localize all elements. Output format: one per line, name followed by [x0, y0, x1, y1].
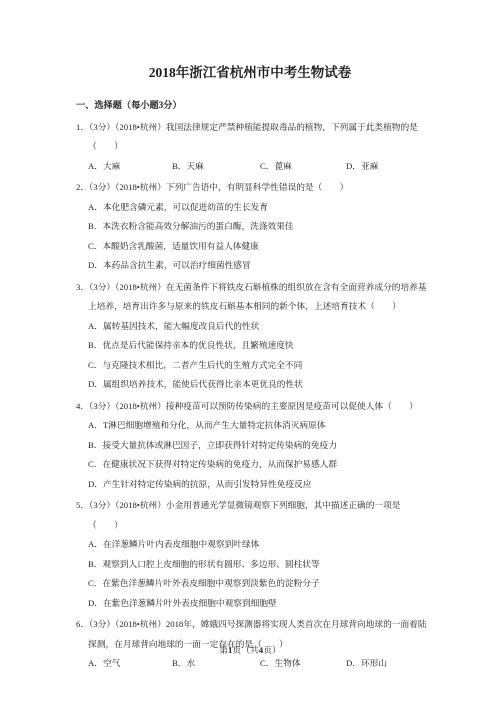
option-label: A． — [88, 321, 103, 331]
option-label: A． — [88, 161, 103, 171]
option-label: C． — [260, 658, 274, 668]
question-1: 1．（3分）（2018•杭州）我国法律规定严禁种植能提取毒品的植物，下列属于此类… — [76, 118, 428, 177]
option-label: D． — [88, 479, 103, 489]
option-text: 属组织培养技术，能使后代获得比亲本更优良的性状 — [103, 379, 303, 389]
question-3: 3．（3分）（2018•杭州）在无菌条件下将铁皮石斛植株的组织放在含有全面营养成… — [76, 278, 428, 395]
page-footer: 第1页（共4页） — [0, 643, 500, 656]
option-label: D． — [346, 161, 361, 171]
option-C: C．本酸奶含乳酸菌，适量饮用有益人体健康 — [76, 237, 428, 257]
option-label: B． — [88, 340, 102, 350]
option-A: A．大麻 — [88, 157, 172, 177]
footer-prefix: 第 — [219, 645, 228, 655]
option-label: A． — [88, 539, 103, 549]
question-options: A．空气B．水C．生物体D．环形山 — [76, 654, 428, 674]
option-C: C．与克隆技术相比，二者产生后代的生殖方式完全不同 — [76, 356, 428, 376]
option-C: C．在紫色洋葱鳞片叶外表皮细胞中观察到淡紫色的淀粉分子 — [76, 574, 428, 594]
question-stem: 3．（3分）（2018•杭州）在无菌条件下将铁皮石斛植株的组织放在含有全面营养成… — [76, 278, 428, 317]
option-D: D．亚麻 — [346, 157, 428, 177]
section-heading: 一、选择题（每小题3分） — [76, 96, 428, 116]
option-text: 水 — [186, 658, 195, 668]
option-text: 在洋葱鳞片叶内表皮细胞中观察到叶绿体 — [103, 539, 259, 549]
option-text: 本化肥含磷元素，可以促进幼苗的生长发育 — [103, 202, 268, 212]
option-text: 蓖麻 — [274, 161, 291, 171]
option-text: 观察到人口腔上皮细胞的形状有圆形、多边形、圆柱状等 — [102, 559, 319, 569]
option-B: B．水 — [172, 654, 260, 674]
option-A: A．在洋葱鳞片叶内表皮细胞中观察到叶绿体 — [76, 535, 428, 555]
option-B: B．观察到人口腔上皮细胞的形状有圆形、多边形、圆柱状等 — [76, 555, 428, 575]
question-options: A．大麻B．天麻C．蓖麻D．亚麻 — [76, 157, 428, 177]
option-text: 属转基因技术，能大幅度改良后代的性状 — [103, 321, 259, 331]
question-2: 2．（3分）（2018•杭州）下列广告语中，有明显科学性错误的是（ ）A．本化肥… — [76, 178, 428, 276]
option-C: C．蓖麻 — [260, 157, 346, 177]
option-label: B． — [172, 658, 186, 668]
option-text: 在紫色洋葱鳞片叶外表皮细胞中观察到细胞壁 — [103, 598, 277, 608]
option-D: D．在紫色洋葱鳞片叶外表皮细胞中观察到细胞壁 — [76, 594, 428, 614]
option-text: 产生针对特定传染病的抗原，从而引发特异性免疫反应 — [103, 479, 312, 489]
option-text: 在紫色洋葱鳞片叶外表皮细胞中观察到淡紫色的淀粉分子 — [102, 578, 319, 588]
option-text: 天麻 — [186, 161, 203, 171]
option-label: B． — [88, 559, 102, 569]
option-C: C．生物体 — [260, 654, 346, 674]
option-label: A． — [88, 420, 103, 430]
option-A: A．空气 — [88, 654, 172, 674]
option-B: B．优点是后代能保持亲本的优良性状，且繁殖速度快 — [76, 336, 428, 356]
option-text: 大麻 — [103, 161, 120, 171]
question-list: 1．（3分）（2018•杭州）我国法律规定严禁种植能提取毒品的植物，下列属于此类… — [76, 118, 428, 674]
option-label: C． — [88, 360, 102, 370]
option-label: A． — [88, 202, 103, 212]
option-label: D． — [88, 379, 103, 389]
footer-middle: 页（共 — [232, 645, 258, 655]
option-B: B．接受大量抗体或淋巴因子，立即获得针对特定传染病的免疫力 — [76, 436, 428, 456]
option-text: 生物体 — [274, 658, 300, 668]
page-title: 2018年浙江省杭州市中考生物试卷 — [0, 0, 500, 81]
option-D: D．产生针对特定传染病的抗原，从而引发特异性免疫反应 — [76, 475, 428, 495]
option-A: A．本化肥含磷元素，可以促进幼苗的生长发育 — [76, 198, 428, 218]
paper-content: 一、选择题（每小题3分） 1．（3分）（2018•杭州）我国法律规定严禁种植能提… — [76, 96, 428, 674]
option-text: 本酸奶含乳酸菌，适量饮用有益人体健康 — [102, 241, 258, 251]
question-options: A．在洋葱鳞片叶内表皮细胞中观察到叶绿体B．观察到人口腔上皮细胞的形状有圆形、多… — [76, 535, 428, 613]
option-text: 优点是后代能保持亲本的优良性状，且繁殖速度快 — [102, 340, 293, 350]
option-D: D．属组织培养技术，能使后代获得比亲本更优良的性状 — [76, 375, 428, 395]
option-label: A． — [88, 658, 103, 668]
option-label: C． — [88, 578, 102, 588]
option-label: C． — [260, 161, 274, 171]
option-text: T淋巴细胞增殖和分化，从而产生大量特定抗体消灭病原体 — [103, 420, 326, 430]
question-stem: 2．（3分）（2018•杭州）下列广告语中，有明显科学性错误的是（ ） — [76, 178, 428, 198]
question-options: A．属转基因技术，能大幅度改良后代的性状B．优点是后代能保持亲本的优良性状，且繁… — [76, 317, 428, 395]
option-text: 亚麻 — [361, 161, 378, 171]
option-label: B． — [88, 440, 102, 450]
option-text: 在健康状况下获得对特定传染病的免疫力，从而保护易感人群 — [102, 459, 337, 469]
option-text: 接受大量抗体或淋巴因子，立即获得针对特定传染病的免疫力 — [102, 440, 337, 450]
option-B: B．本洗衣粉含能高效分解油污的蛋白酶，洗涤效果佳 — [76, 217, 428, 237]
question-4: 4．（3分）（2018•杭州）接种疫苗可以预防传染病的主要原因是疫苗可以促使人体… — [76, 397, 428, 495]
footer-suffix: 页） — [263, 645, 281, 655]
option-A: A．T淋巴细胞增殖和分化，从而产生大量特定抗体消灭病原体 — [76, 416, 428, 436]
option-label: B． — [172, 161, 186, 171]
question-stem: 1．（3分）（2018•杭州）我国法律规定严禁种植能提取毒品的植物，下列属于此类… — [76, 118, 428, 157]
option-A: A．属转基因技术，能大幅度改良后代的性状 — [76, 317, 428, 337]
question-stem: 5．（3分）（2018•杭州）小金用普通光学显微镜观察下列细胞，其中描述正确的一… — [76, 496, 428, 535]
option-B: B．天麻 — [172, 157, 260, 177]
question-5: 5．（3分）（2018•杭州）小金用普通光学显微镜观察下列细胞，其中描述正确的一… — [76, 496, 428, 613]
option-text: 本药品含抗生素，可以治疗细菌性感冒 — [103, 260, 251, 270]
question-options: A．T淋巴细胞增殖和分化，从而产生大量特定抗体消灭病原体B．接受大量抗体或淋巴因… — [76, 416, 428, 494]
option-C: C．在健康状况下获得对特定传染病的免疫力，从而保护易感人群 — [76, 455, 428, 475]
option-label: C． — [88, 459, 102, 469]
option-label: B． — [88, 221, 102, 231]
option-label: D． — [346, 658, 361, 668]
question-stem: 4．（3分）（2018•杭州）接种疫苗可以预防传染病的主要原因是疫苗可以促使人体… — [76, 397, 428, 417]
option-text: 空气 — [103, 658, 120, 668]
option-D: D．本药品含抗生素，可以治疗细菌性感冒 — [76, 256, 428, 276]
exam-paper-page: 2018年浙江省杭州市中考生物试卷 一、选择题（每小题3分） 1．（3分）（20… — [0, 0, 500, 707]
question-options: A．本化肥含磷元素，可以促进幼苗的生长发育B．本洗衣粉含能高效分解油污的蛋白酶，… — [76, 198, 428, 276]
option-text: 与克隆技术相比，二者产生后代的生殖方式完全不同 — [102, 360, 302, 370]
option-label: D． — [88, 260, 103, 270]
option-text: 本洗衣粉含能高效分解油污的蛋白酶，洗涤效果佳 — [102, 221, 293, 231]
option-text: 环形山 — [361, 658, 387, 668]
option-label: D． — [88, 598, 103, 608]
option-D: D．环形山 — [346, 654, 428, 674]
option-label: C． — [88, 241, 102, 251]
